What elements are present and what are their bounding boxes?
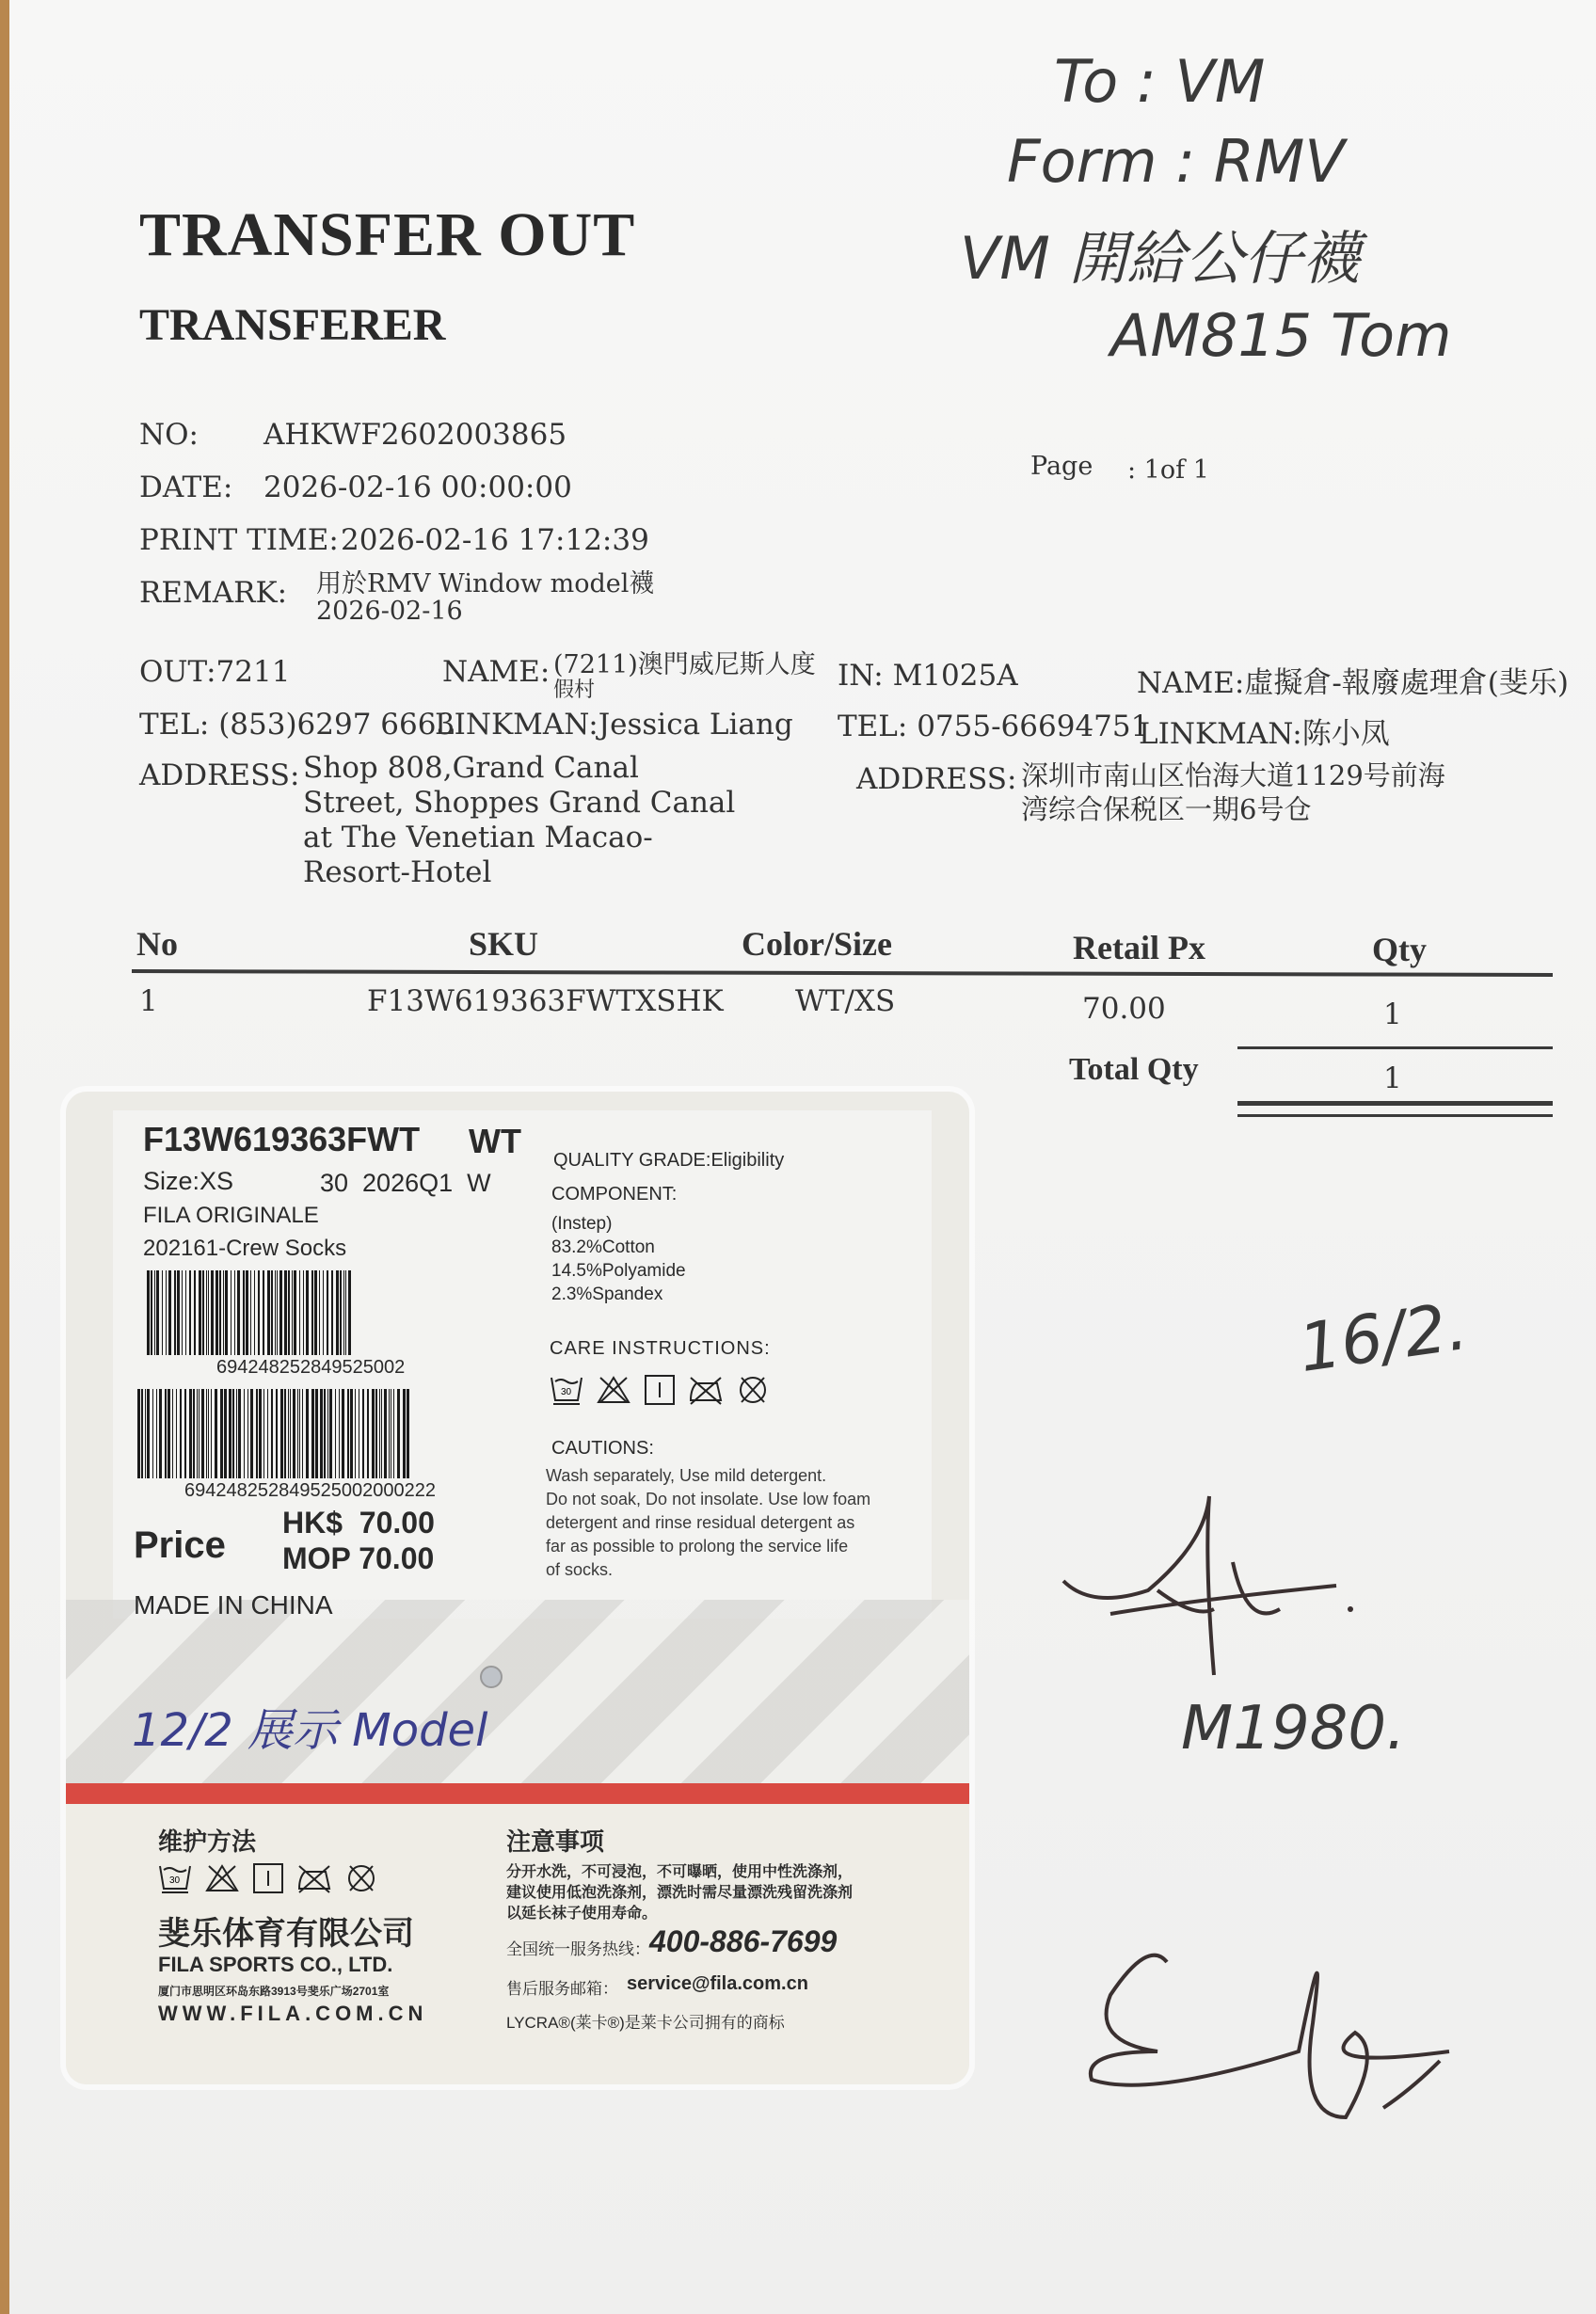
cn-address: 厦门市思明区环岛东路3913号斐乐广场2701室 [158, 1983, 389, 1999]
cn-care-icons: 30 [158, 1862, 378, 1894]
tag-eyelet [480, 1666, 503, 1688]
no-dryclean-icon [736, 1374, 770, 1406]
row-sku: F13W619363FWTXSHK [367, 984, 724, 1018]
cn-notes: 分开水洗，不可浸泡，不可曝晒，使用中性洗涤剂， 建议使用低泡洗涤剂，漂洗时需尽量… [506, 1862, 853, 1924]
remark-line1: 用於RMV Window model襪 [316, 563, 654, 599]
handwritten-signature-top: AM815 Tom [1110, 301, 1452, 370]
handwritten-id: M1980. [1181, 1694, 1405, 1763]
in-name: NAME:虛擬倉-報廢處理倉(斐乐) [1137, 659, 1569, 701]
table-header-rule [132, 969, 1553, 977]
barcode-2 [137, 1389, 497, 1478]
line-dry-icon [252, 1862, 284, 1894]
in-address: 深圳市南山区怡海大道1129号前海 湾综合保税区一期6号仓 [1021, 758, 1445, 826]
row-no: 1 [139, 984, 158, 1018]
col-header-sku: SKU [469, 924, 538, 964]
svg-text:30: 30 [169, 1875, 181, 1886]
tag-brand-line: FILA ORIGINALE [143, 1203, 319, 1229]
table-edge [0, 0, 9, 2314]
tag-style-code: F13W619363FWT [143, 1120, 420, 1159]
tag-quality: QUALITY GRADE:Eligibility [553, 1150, 784, 1172]
col-header-retail-px: Retail Px [1073, 928, 1205, 967]
cn-notes-title: 注意事项 [506, 1823, 604, 1858]
out-name-label: NAME: [442, 655, 550, 689]
page-subtitle: TRANSFERER [139, 299, 445, 351]
page-title: TRANSFER OUT [139, 199, 635, 271]
tag-price-mop: MOP 70.00 [282, 1541, 434, 1576]
handwritten-to: To : VM [1054, 47, 1265, 116]
hotline-label: 全国统一服务热线： [506, 1936, 650, 1959]
email-label: 售后服务邮箱： [506, 1975, 618, 1999]
tag-care-label: CARE INSTRUCTIONS: [550, 1338, 771, 1360]
total-double-rule-1 [1237, 1101, 1553, 1106]
date-value: 2026-02-16 00:00:00 [263, 471, 572, 504]
wash-30-icon: 30 [550, 1374, 583, 1406]
line-dry-icon [644, 1374, 676, 1406]
no-dryclean-icon [344, 1862, 378, 1894]
no-iron-icon [687, 1374, 725, 1406]
col-header-color-size: Color/Size [742, 924, 892, 964]
tag-cautions: Wash separately, Use mild detergent. Do … [546, 1464, 870, 1582]
email-value: service@fila.com.cn [627, 1973, 808, 1995]
tag-price-label: Price [134, 1524, 226, 1567]
total-double-rule-2 [1237, 1114, 1553, 1117]
svg-text:30: 30 [561, 1387, 572, 1397]
barcode-1-number: 6942482528495250​02 [216, 1357, 405, 1379]
total-qty-label: Total Qty [1069, 1052, 1199, 1088]
lycra-note: LYCRA®(莱卡®)是莱卡公司拥有的商标 [506, 2009, 785, 2033]
col-header-qty: Qty [1372, 930, 1427, 969]
page-label: Page [1030, 452, 1093, 481]
no-label: NO: [139, 418, 199, 452]
in-tel: TEL: 0755-66694751 [838, 710, 1149, 743]
col-header-no: No [136, 924, 178, 964]
tag-price-hkd: HK$ 70.00 [282, 1506, 435, 1540]
out-name-line2: 假村 [553, 674, 595, 703]
barcode-2-number: 6942482528495250020002​22 [184, 1480, 436, 1502]
tag-red-stripe [66, 1783, 969, 1804]
page-value: : 1of 1 [1127, 455, 1209, 485]
product-hang-tag: F13W619363FWT WT Size:XS 30 2026Q1 W FIL… [66, 1092, 969, 2084]
out-linkman: LINKMAN:Jessica Liang [435, 708, 793, 742]
cn-company: 斐乐体育有限公司 [158, 1907, 414, 1954]
row-qty: 1 [1383, 997, 1402, 1031]
tag-lower-panel: 维护方法 30 斐乐体育有限公司 FILA SPORTS CO., LTD. 厦… [66, 1804, 969, 2084]
out-tel: TEL: (853)6297 6663 [139, 708, 455, 742]
tag-color-code: WT [469, 1122, 521, 1161]
in-linkman: LINKMAN:陈小凤 [1139, 710, 1390, 752]
tag-origin: MADE IN CHINA [134, 1590, 333, 1620]
no-value: AHKWF2602003865 [263, 418, 567, 452]
handwritten-note: VM 開給公仔襪 [960, 212, 1361, 295]
out-address-label: ADDRESS: [139, 758, 299, 792]
signature-1 [1054, 1487, 1355, 1684]
row-retail-px: 70.00 [1082, 992, 1166, 1026]
in-code: IN: M1025A [838, 659, 1018, 693]
tag-cautions-label: CAUTIONS: [551, 1438, 654, 1460]
no-bleach-icon [595, 1374, 632, 1406]
no-iron-icon [295, 1862, 333, 1894]
tag-product: 202161-Crew Socks [143, 1236, 346, 1262]
date-label: DATE: [139, 471, 232, 504]
tag-size-extra: 30 2026Q1 W [320, 1169, 491, 1198]
in-address-label: ADDRESS: [856, 762, 1016, 796]
total-qty-value: 1 [1383, 1061, 1402, 1095]
handwritten-from: Form : RMV [1007, 127, 1345, 196]
signature-2 [1073, 1910, 1468, 2136]
print-time-value: 2026-02-16 17:12:39 [341, 523, 649, 557]
no-bleach-icon [203, 1862, 241, 1894]
cn-care-title: 维护方法 [158, 1823, 256, 1858]
tag-handwritten-note: 12/2 展示 Model [132, 1694, 487, 1759]
wash-30-icon: 30 [158, 1862, 192, 1894]
row-color-size: WT/XS [795, 984, 895, 1018]
hotline-number: 400-886-7699 [649, 1924, 837, 1959]
care-icons: 30 [550, 1374, 770, 1406]
tag-components: (Instep) 83.2%Cotton 14.5%Polyamide 2.3%… [551, 1212, 686, 1306]
website: WWW.FILA.COM.CN [158, 2002, 427, 2026]
barcode-1 [147, 1270, 495, 1355]
en-company: FILA SPORTS CO., LTD. [158, 1953, 392, 1977]
handwritten-date: 16/2. [1294, 1287, 1472, 1387]
remark-line2: 2026-02-16 [316, 597, 463, 626]
out-code: OUT:7211 [139, 655, 290, 689]
tag-component-label: COMPONENT: [551, 1184, 677, 1205]
tag-size: Size:XS [143, 1167, 233, 1196]
subtotal-rule [1237, 1046, 1553, 1049]
remark-label: REMARK: [139, 576, 287, 610]
print-time-label: PRINT TIME: [139, 523, 339, 557]
out-address: Shop 808,Grand Canal Street, Shoppes Gra… [303, 751, 735, 890]
